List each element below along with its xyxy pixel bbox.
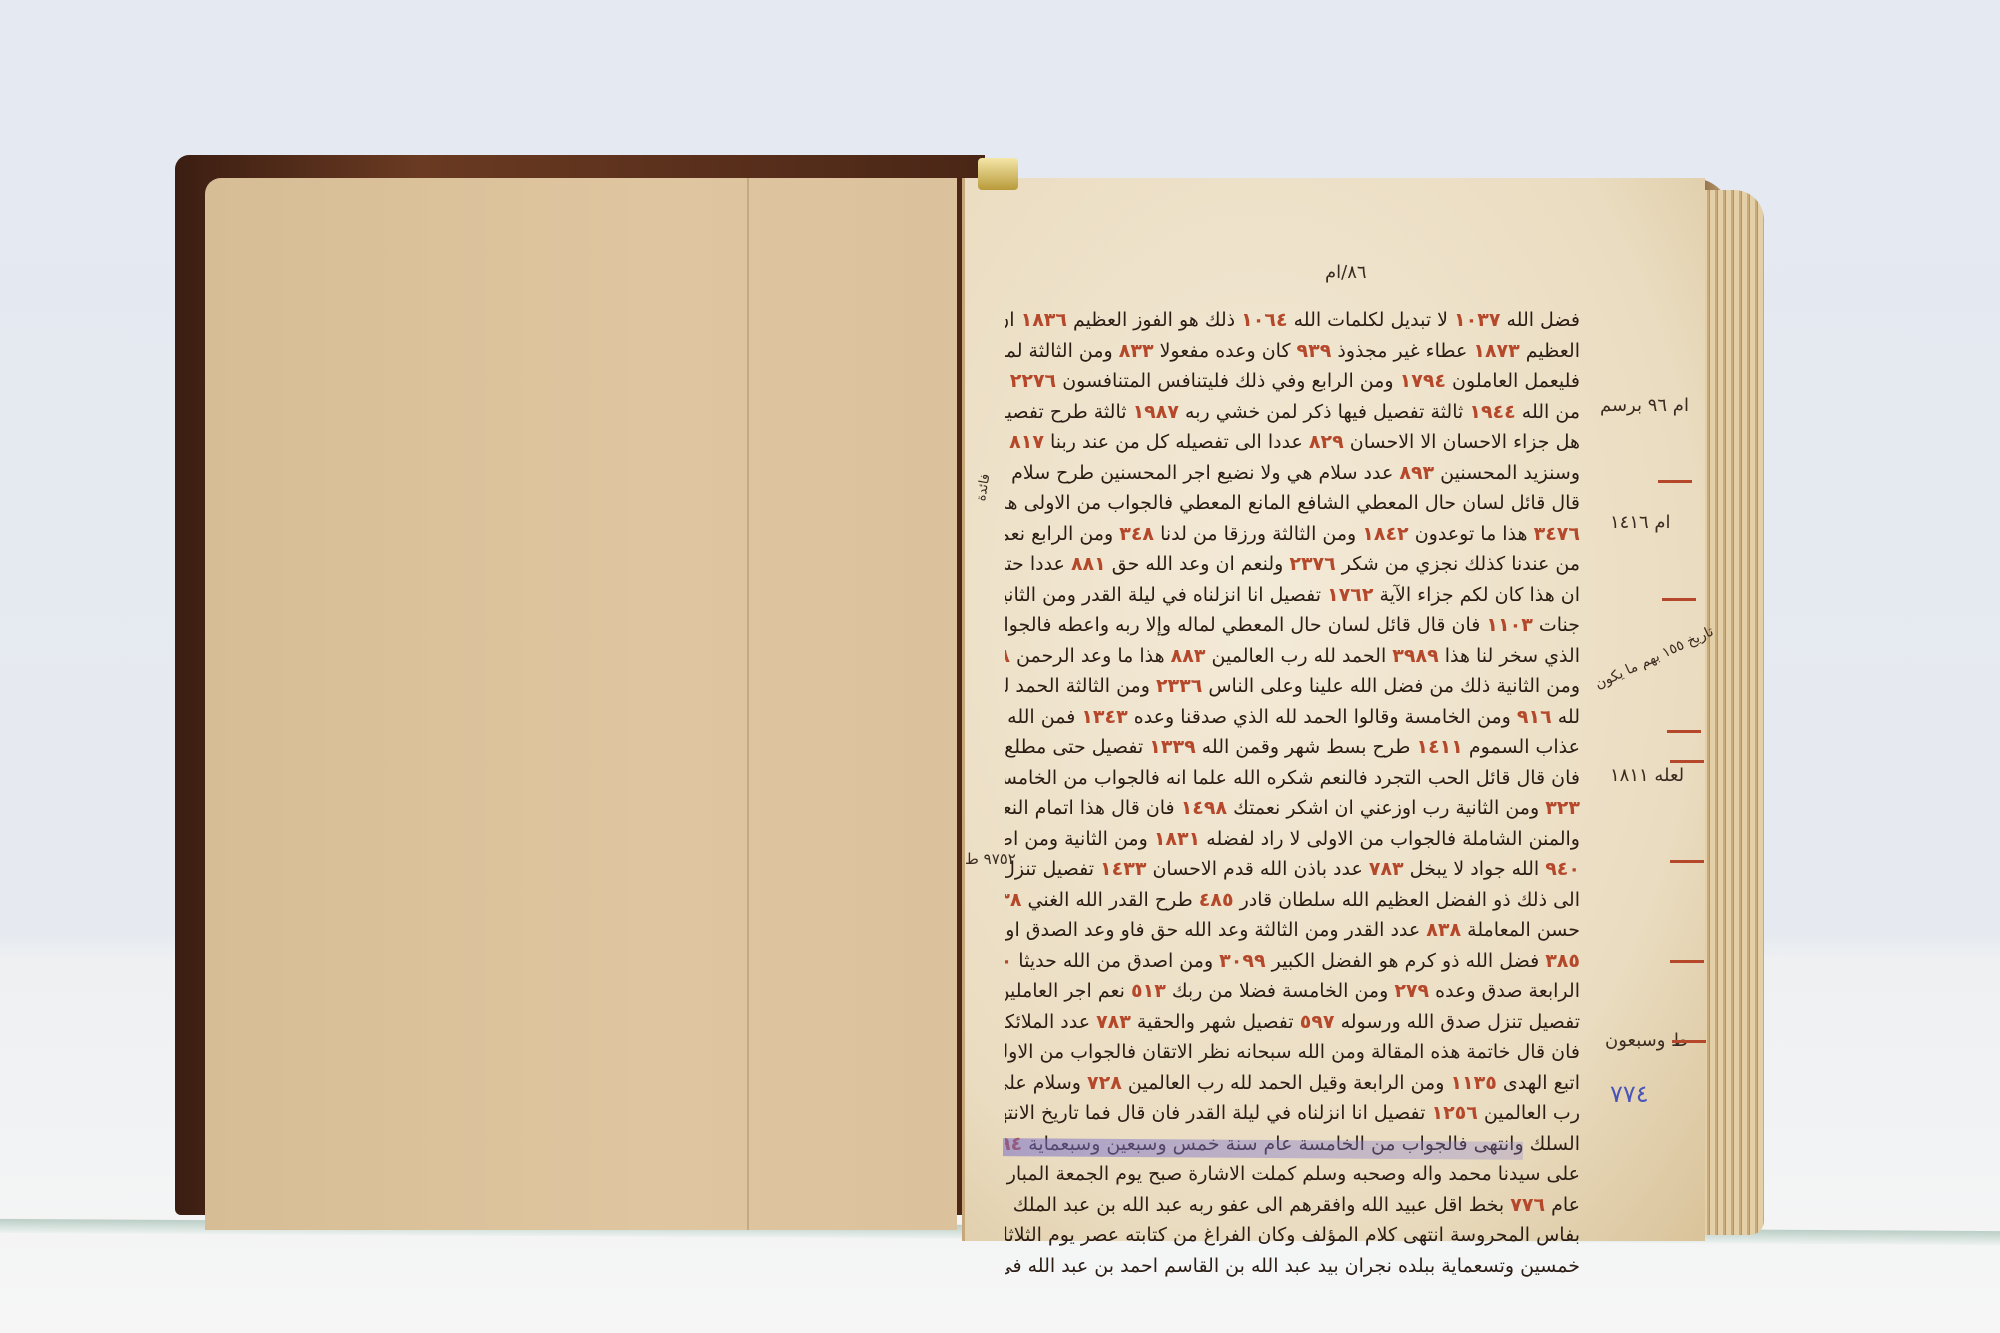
flyleaf-fold-line <box>747 178 749 1230</box>
manuscript-line: الذي سخر لنا هذا ٣٩٨٩ الحمد لله رب العال… <box>1005 641 1580 672</box>
left-flyleaf-page <box>205 178 957 1230</box>
manuscript-line: عذاب السموم ١٤١١ طرح بسط شهر وقمن الله ١… <box>1005 732 1580 763</box>
manuscript-line: عام ٧٧٦ بخط اقل عبيد الله وافقرهم الى عف… <box>1005 1190 1580 1221</box>
manuscript-line: على سيدنا محمد واله وصحبه وسلم كملت الاش… <box>1005 1159 1580 1190</box>
manuscript-line: الرابعة صدق وعده ٢٧٩ ومن الخامسة فضلا من… <box>1005 976 1580 1007</box>
manuscript-line: خمسين وتسعماية ببلده نجران بيد عبد الله … <box>1005 1251 1580 1282</box>
manuscript-line: فان قال قائل الحب التجرد فالنعم شكره الل… <box>1005 763 1580 794</box>
margin-tick <box>1670 760 1704 763</box>
top-marginal-note: ٨٦/ام <box>1325 262 1367 283</box>
manuscript-line: قال قائل لسان حال المعطي الشافع المانع ا… <box>1005 488 1580 519</box>
margin-tick <box>1667 730 1701 733</box>
manuscript-line: والمنن الشاملة فالجواب من الاولى لا راد … <box>1005 824 1580 855</box>
margin-tick <box>1662 598 1696 601</box>
manuscript-line: تفصيل تنزل صدق الله ورسوله ٥٩٧ تفصيل شهر… <box>1005 1007 1580 1038</box>
margin-note-4: لعله ١٨١١ <box>1610 765 1684 786</box>
margin-tick <box>1670 860 1704 863</box>
manuscript-line: لله ٩١٦ ومن الخامسة وقالوا الحمد لله الذ… <box>1005 702 1580 733</box>
manuscript-line: الى ذلك ذو الفضل العظيم الله سلطان قادر … <box>1005 885 1580 916</box>
brass-clasp <box>978 158 1018 190</box>
manuscript-line: ٩٤٠ الله جواد لا يبخل ٧٨٣ عدد باذن الله … <box>1005 854 1580 885</box>
manuscript-line: جنات ١١٠٣ فان قال قائل لسان حال المعطي ل… <box>1005 610 1580 641</box>
manuscript-line: من عندنا كذلك نجزي من شكر ٢٣٧٦ ولنعم ان … <box>1005 549 1580 580</box>
margin-note-5: ٩٧٥٢ ط <box>965 850 1016 868</box>
manuscript-line: ان هذا كان لكم جزاء الآية ١٧٦٢ تفصيل انا… <box>1005 580 1580 611</box>
manuscript-line: اتبع الهدى ١١٣٥ ومن الرابعة وقيل الحمد ل… <box>1005 1068 1580 1099</box>
manuscript-line: ٣٨٥ فضل الله ذو كرم هو الفضل الكبير ٣٠٩٩… <box>1005 946 1580 977</box>
manuscript-line: وسنزيد المحسنين ٨٩٣ عدد سلام هي ولا نضيع… <box>1005 458 1580 489</box>
margin-note-2: ام ١٤١٦ <box>1610 512 1671 533</box>
manuscript-line: هل جزاء الاحسان الا الاحسان ٨٢٩ عددا الى… <box>1005 427 1580 458</box>
margin-note-1: ام ٩٦ برسم <box>1600 395 1689 416</box>
manuscript-line: حسن المعاملة ٨٣٨ عدد القدر ومن الثالثة و… <box>1005 915 1580 946</box>
manuscript-line: فان قال خاتمة هذه المقالة ومن الله سبحان… <box>1005 1037 1580 1068</box>
folio-number: ٧٧٤ <box>1610 1080 1649 1108</box>
manuscript-text-block: فضل الله ١٠٣٧ لا تبديل لكلمات الله ١٠٦٤ … <box>1005 305 1580 1281</box>
manuscript-line: ٣٤٧٦ هذا ما توعدون ١٨٤٢ ومن الثالثة ورزق… <box>1005 519 1580 550</box>
manuscript-line: من الله ١٩٤٤ ثالثة تفصيل فيها ذكر لمن خش… <box>1005 397 1580 428</box>
manuscript-line: فضل الله ١٠٣٧ لا تبديل لكلمات الله ١٠٦٤ … <box>1005 305 1580 336</box>
manuscript-line: ومن الثانية ذلك من فضل الله علينا وعلى ا… <box>1005 671 1580 702</box>
manuscript-line: فليعمل العاملون ١٧٩٤ ومن الرابع وفي ذلك … <box>1005 366 1580 397</box>
margin-tick <box>1658 480 1692 483</box>
manuscript-line: بفاس المحروسة انتهى كلام المؤلف وكان الف… <box>1005 1220 1580 1251</box>
margin-tick <box>1670 960 1704 963</box>
manuscript-line: ٣٢٣ ومن الثانية رب اوزعني ان اشكر نعمتك … <box>1005 793 1580 824</box>
blue-pencil-underline <box>1003 1138 1523 1160</box>
page-edges <box>1702 190 1764 1235</box>
margin-tick <box>1672 1040 1706 1043</box>
manuscript-line: العظيم ١٨٧٣ عطاء غير مجذوذ ٩٣٩ كان وعده … <box>1005 336 1580 367</box>
manuscript-line: رب العالمين ١٢٥٦ تفصيل انا انزلناه في لي… <box>1005 1098 1580 1129</box>
